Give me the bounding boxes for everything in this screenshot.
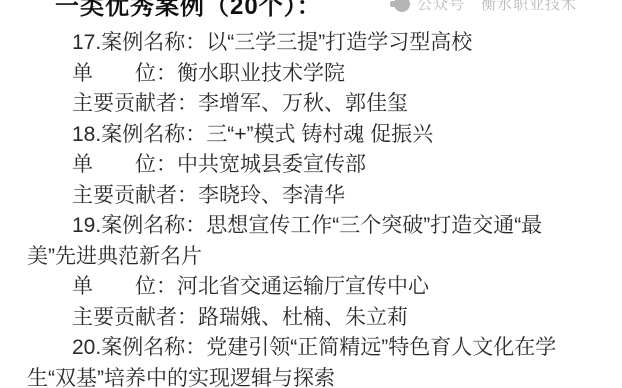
case-name-line: 19.案例名称：思想宣传工作“三个突破”打造交通“最美”先进典范新名片	[27, 211, 557, 272]
case-list: 17.案例名称：以“三学三提”打造学习型高校 单 位：衡水职业技术学院 主要贡献…	[27, 28, 557, 388]
case-contributors-line: 主要贡献者：李增军、万秋、郭佳玺	[27, 89, 557, 120]
watermark-text: 公众号 衡水职业技术	[417, 0, 577, 14]
case-name-line: 20.案例名称：党建引领“正简精远”特色育人文化在学生“双基”培养中的实现逻辑与…	[27, 333, 557, 388]
contributors-label: 主要贡献者：	[72, 306, 198, 329]
wechat-official-account-icon	[394, 0, 410, 12]
contributors-label: 主要贡献者：	[72, 92, 198, 115]
case-name-label: 案例名称：	[101, 336, 206, 359]
case-name-label: 案例名称：	[101, 123, 206, 146]
unit-value: 中共宽城县委宣传部	[177, 153, 366, 176]
unit-value: 衡水职业技术学院	[177, 62, 345, 85]
contributors-label: 主要贡献者：	[72, 184, 198, 207]
case-number: 19.	[72, 214, 101, 237]
case-number: 18.	[72, 123, 101, 146]
document-page: 公众号 衡水职业技术 一类优秀案例（20个）： 17.案例名称：以“三学三提”打…	[0, 0, 622, 388]
case-unit-line: 单 位：衡水职业技术学院	[27, 59, 557, 90]
unit-value: 河北省交通运输厅宣传中心	[177, 275, 429, 298]
case-number: 20.	[72, 336, 101, 359]
unit-label: 单 位：	[72, 275, 177, 298]
case-name: 以“三学三提”打造学习型高校	[206, 31, 472, 54]
contributors-value: 李增军、万秋、郭佳玺	[198, 92, 408, 115]
case-entry-17: 17.案例名称：以“三学三提”打造学习型高校 单 位：衡水职业技术学院 主要贡献…	[27, 28, 557, 120]
unit-label: 单 位：	[72, 62, 177, 85]
case-name-label: 案例名称：	[101, 214, 206, 237]
case-name-line: 18.案例名称：三“+”模式 铸村魂 促振兴	[27, 120, 557, 151]
case-number: 17.	[72, 31, 101, 54]
contributors-value: 路瑞娥、杜楠、朱立莉	[198, 306, 408, 329]
case-entry-19: 19.案例名称：思想宣传工作“三个突破”打造交通“最美”先进典范新名片 单 位：…	[27, 211, 557, 333]
watermark: 公众号 衡水职业技术	[394, 0, 577, 14]
case-entry-20: 20.案例名称：党建引领“正简精远”特色育人文化在学生“双基”培养中的实现逻辑与…	[27, 333, 557, 388]
case-name-line: 17.案例名称：以“三学三提”打造学习型高校	[27, 28, 557, 59]
case-contributors-line: 主要贡献者：路瑞娥、杜楠、朱立莉	[27, 303, 557, 334]
contributors-value: 李晓玲、李清华	[198, 184, 345, 207]
case-name-label: 案例名称：	[101, 31, 206, 54]
page-title: 一类优秀案例（20个）：	[55, 0, 322, 22]
case-contributors-line: 主要贡献者：李晓玲、李清华	[27, 181, 557, 212]
unit-label: 单 位：	[72, 153, 177, 176]
case-entry-18: 18.案例名称：三“+”模式 铸村魂 促振兴 单 位：中共宽城县委宣传部 主要贡…	[27, 120, 557, 212]
case-unit-line: 单 位：中共宽城县委宣传部	[27, 150, 557, 181]
case-unit-line: 单 位：河北省交通运输厅宣传中心	[27, 272, 557, 303]
case-name: 三“+”模式 铸村魂 促振兴	[206, 123, 433, 146]
